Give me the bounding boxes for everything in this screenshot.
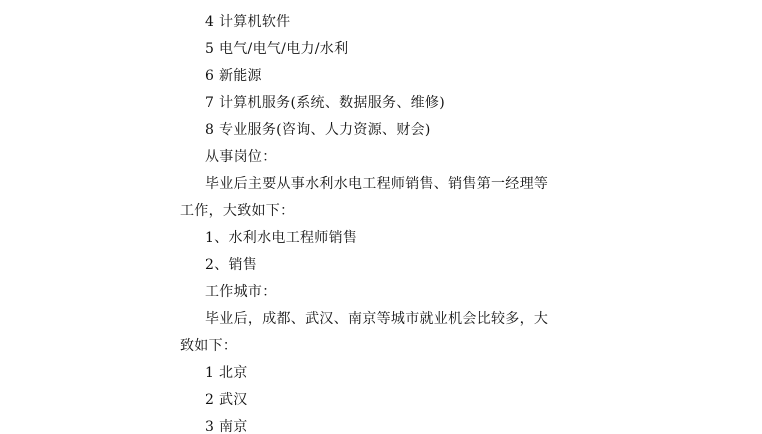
industry-item-4: 4 计算机软件 [205,13,290,31]
position-item-2: 2、销售 [205,256,257,274]
cities-heading: 工作城市： [205,283,277,301]
city-item-2: 2 武汉 [205,391,248,409]
cities-intro-line2: 致如下： [180,337,237,355]
industry-item-5: 5 电气/电气/电力/水利 [205,40,348,58]
positions-intro-line2: 工作，大致如下： [180,202,294,220]
city-item-3: 3 南京 [205,418,248,434]
position-item-1: 1、水利水电工程师销售 [205,229,357,247]
positions-heading: 从事岗位： [205,148,277,166]
industry-item-7: 7 计算机服务(系统、数据服务、维修) [205,94,445,112]
positions-intro-line1: 毕业后主要从事水利水电工程师销售、销售第一经理等 [205,175,548,193]
city-item-1: 1 北京 [205,364,248,382]
document-page: 4 计算机软件 5 电气/电气/电力/水利 6 新能源 7 计算机服务(系统、数… [0,0,762,434]
industry-item-6: 6 新能源 [205,67,262,85]
cities-intro-line1: 毕业后，成都、武汉、南京等城市就业机会比较多，大 [205,310,548,328]
industry-item-8: 8 专业服务(咨询、人力资源、财会) [205,121,431,139]
